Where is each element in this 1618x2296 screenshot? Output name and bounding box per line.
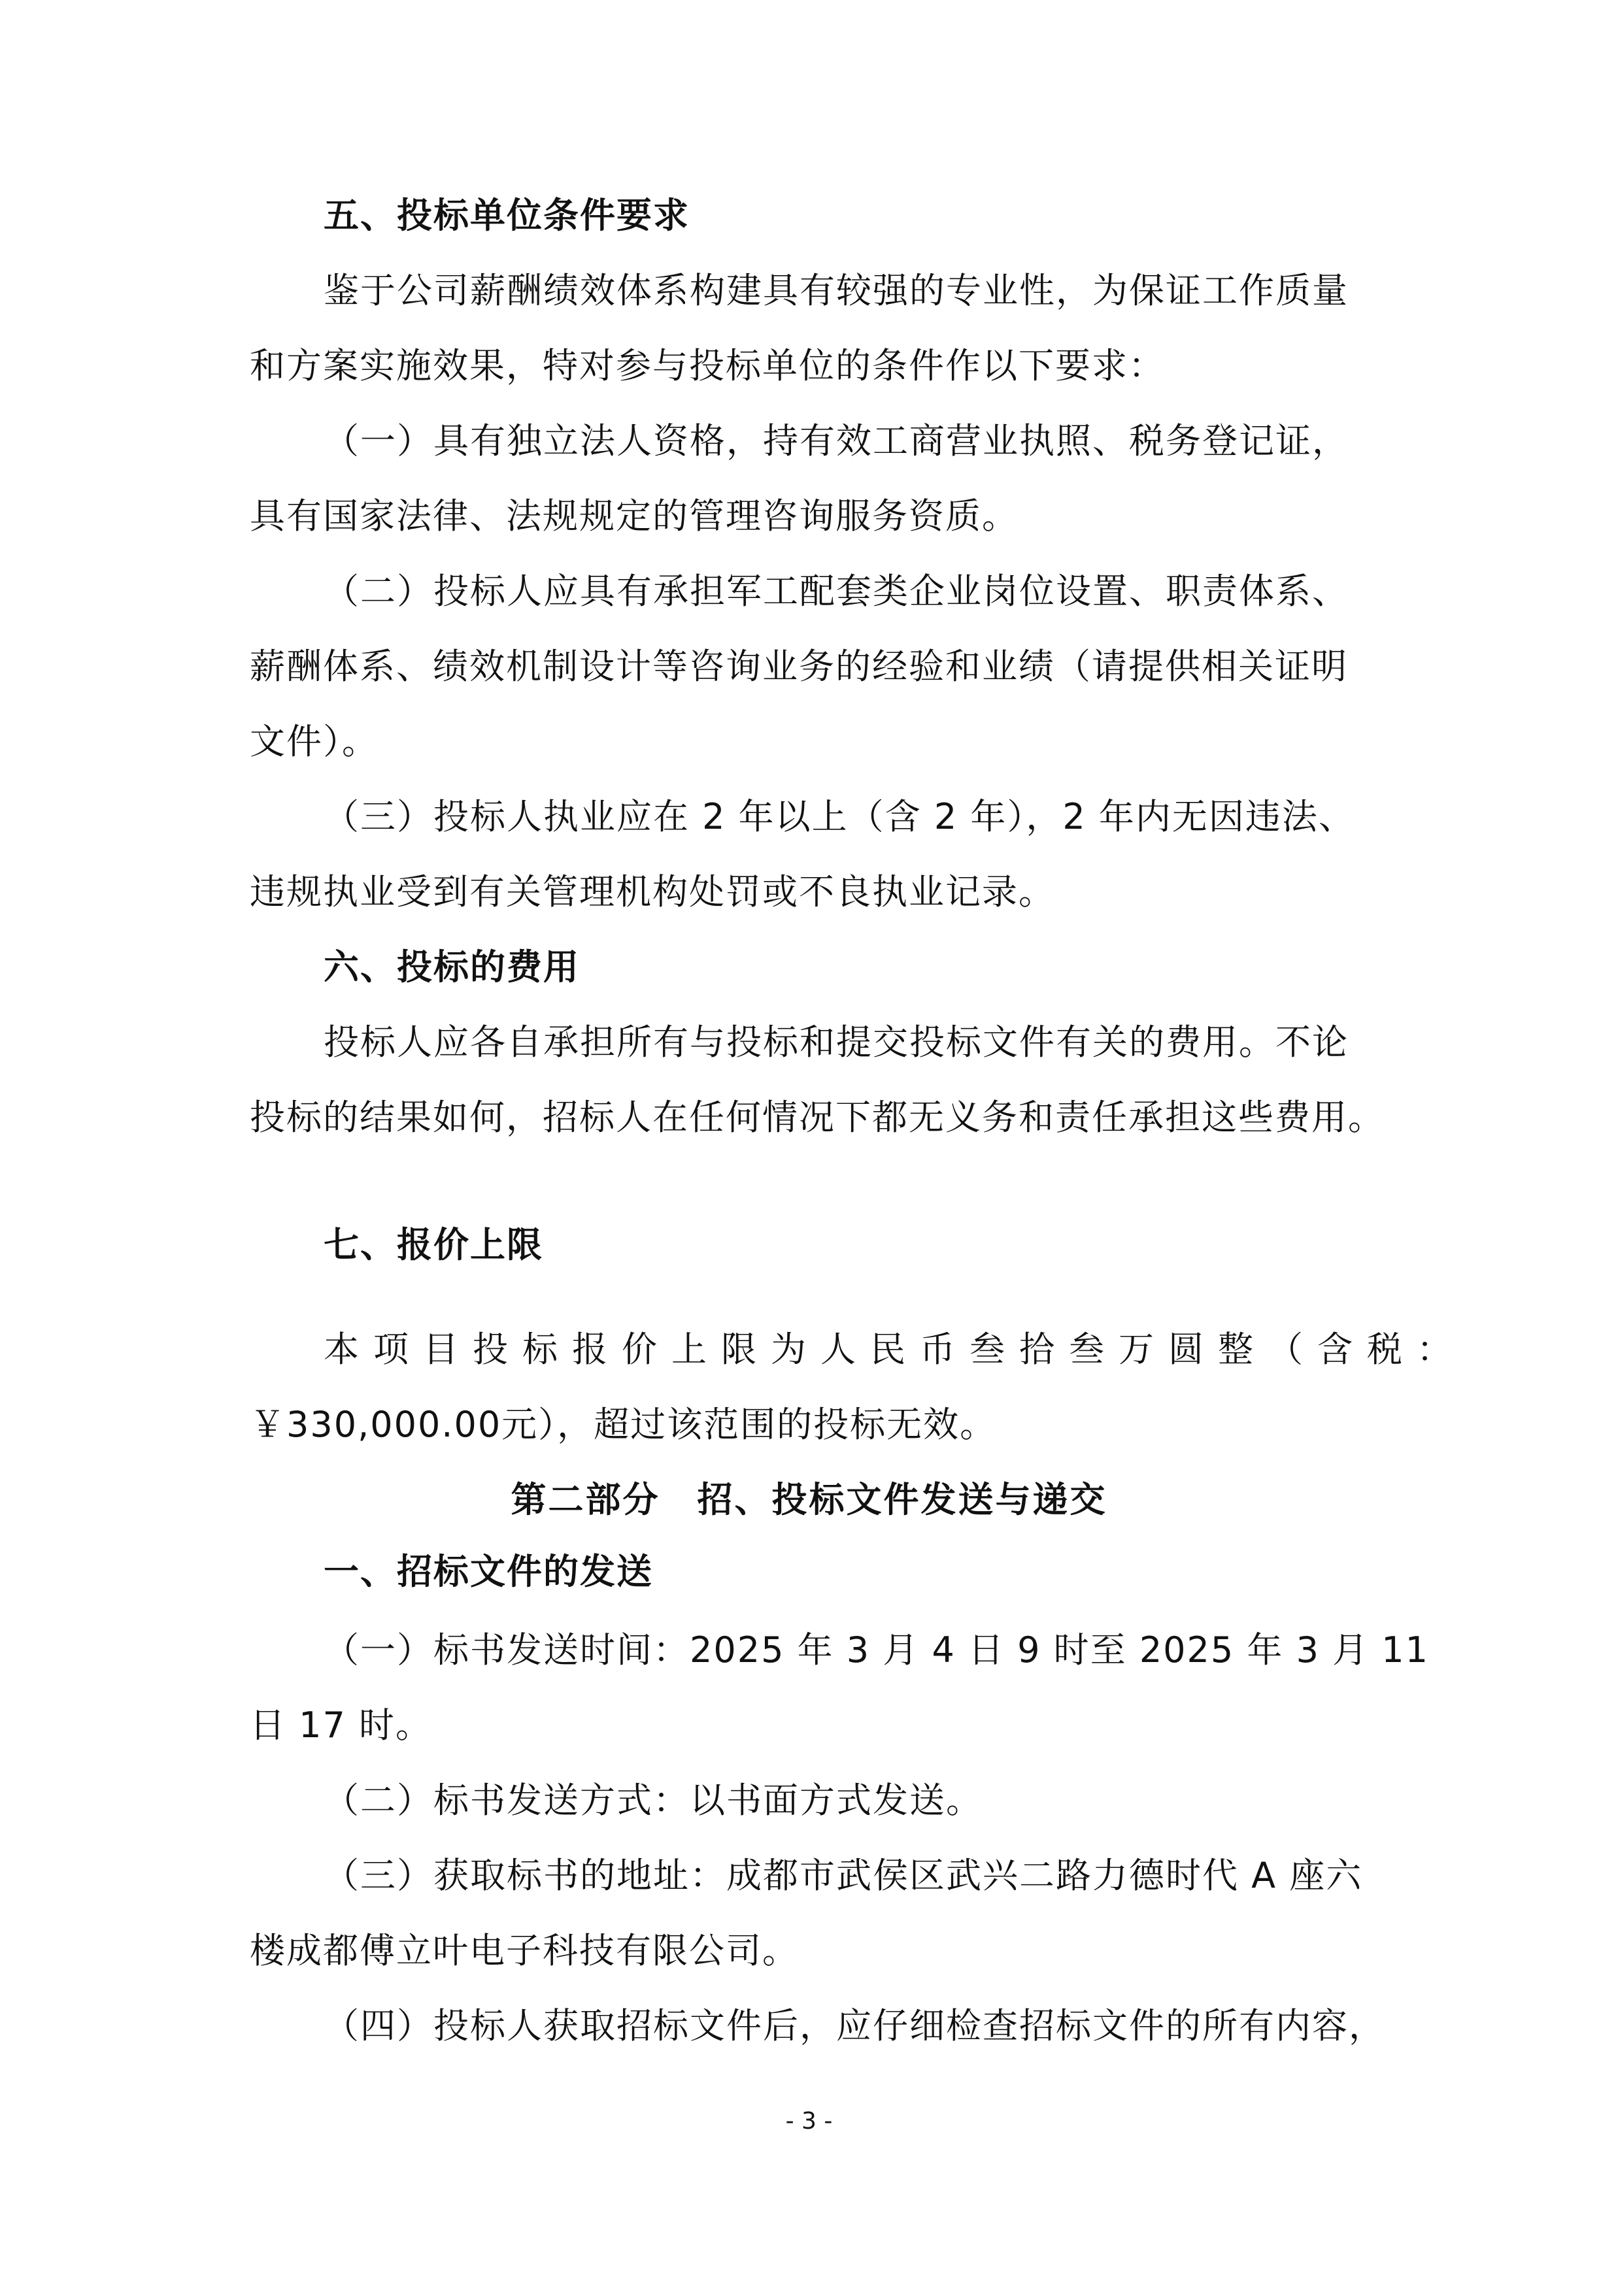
list-item-line: 文件）。	[250, 722, 379, 761]
paragraph-line: ￥330,000.00元），超过该范围的投标无效。	[250, 1405, 996, 1444]
subsection-heading-1: 一、招标文件的发送	[324, 1552, 653, 1591]
section-heading-5: 五、投标单位条件要求	[324, 196, 690, 235]
list-item-line: 楼成都傅立叶电子科技有限公司。	[250, 1931, 799, 1971]
section-heading-7: 七、报价上限	[324, 1225, 543, 1265]
list-item-line: 违规执业受到有关管理机构处罚或不良执业记录。	[250, 873, 1055, 912]
part-title: 第二部分 招、投标文件发送与递交	[0, 1480, 1618, 1520]
list-item-line: （三）获取标书的地址：成都市武侯区武兴二路力德时代 A 座六	[324, 1856, 1362, 1895]
list-item-line: （一）标书发送时间：2025 年 3 月 4 日 9 时至 2025 年 3 月…	[324, 1631, 1429, 1670]
list-item-line: （四）投标人获取招标文件后，应仔细检查招标文件的所有内容，	[324, 2006, 1385, 2046]
list-item-line: 具有国家法律、法规规定的管理咨询服务资质。	[250, 497, 1019, 536]
list-item-line: 薪酬体系、绩效机制设计等咨询业务的经验和业绩（请提供相关证明	[250, 647, 1348, 686]
list-item-line: （一）具有独立法人资格，持有效工商营业执照、税务登记证，	[324, 422, 1349, 461]
paragraph-line: 本项目投标报价上限为人民币叁拾叁万圆整（含税：	[324, 1330, 1466, 1369]
list-item-line: （二）投标人应具有承担军工配套类企业岗位设置、职责体系、	[324, 572, 1349, 611]
list-item-line: 日 17 时。	[250, 1706, 432, 1745]
section-heading-6: 六、投标的费用	[324, 948, 580, 987]
paragraph-line: 投标的结果如何，招标人在任何情况下都无义务和责任承担这些费用。	[250, 1098, 1385, 1137]
document-page: 五、投标单位条件要求 鉴于公司薪酬绩效体系构建具有较强的专业性，为保证工作质量 …	[0, 0, 1618, 2296]
paragraph-line: 鉴于公司薪酬绩效体系构建具有较强的专业性，为保证工作质量	[324, 271, 1349, 310]
list-item-line: （二）标书发送方式：以书面方式发送。	[324, 1781, 983, 1820]
paragraph-line: 和方案实施效果，特对参与投标单位的条件作以下要求：	[250, 346, 1165, 386]
paragraph-line: 投标人应各自承担所有与投标和提交投标文件有关的费用。不论	[324, 1023, 1349, 1062]
list-item-line: （三）投标人执业应在 2 年以上（含 2 年），2 年内无因违法、	[324, 797, 1355, 837]
page-number: - 3 -	[0, 2108, 1618, 2135]
